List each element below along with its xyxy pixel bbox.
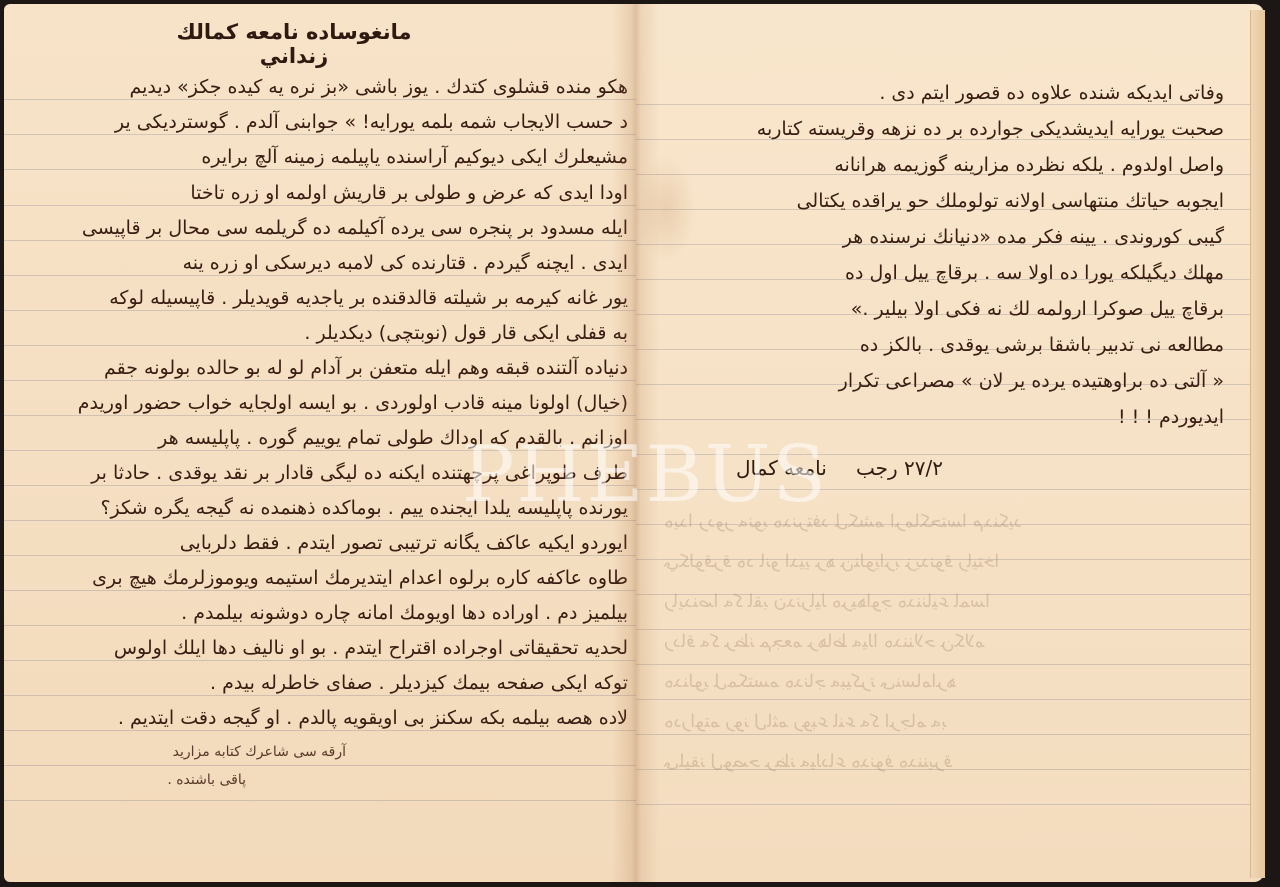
notebook-spread: مانغوسادە نامعه کمالك زنداني هکو منده قش…: [0, 0, 1280, 887]
marginal-note: آرقه سی شاعرك کتابه مزارید: [173, 744, 346, 760]
signature-name: نامعه کمال: [736, 456, 827, 480]
marginal-note: پاقی باشندە .: [167, 772, 246, 788]
manuscript-line: طرف طوپراغی پرچهتنده ایکنه ده لیگی قادار…: [28, 460, 628, 486]
manuscript-line: مشیعلرك ایکی دیوکیم آراسنده یاپیلمه زمین…: [28, 144, 628, 170]
manuscript-line: مهلك دیگیلکه یورا ده اولا سه . برقاچ ییل…: [664, 260, 1224, 286]
manuscript-line: لحدیه تحقیقاتی اوجراده اقتراح ایتدم . بو…: [28, 635, 628, 661]
page-title: مانغوسادە نامعه کمالك زنداني: [154, 20, 434, 68]
manuscript-line: گیبی کوروندی . یینه فکر مده «دنیانك نرسن…: [664, 224, 1224, 250]
manuscript-line: طاوه عاکفه کاره برلوه اعدام ایتدیرمك است…: [28, 565, 628, 591]
signature-date: ۲۷/۲ رجب: [856, 456, 943, 480]
manuscript-line: « آلتی ده براوهتیدە یرده یر لان » مصراعی…: [664, 368, 1224, 394]
manuscript-line: ایدیوردم ! ! !: [664, 404, 1224, 430]
manuscript-line: صحبت یورایه ایدیشدیکی جوارده بر ده نزهه …: [664, 116, 1224, 142]
manuscript-line: ایدی . ایچنه گیردم . قتارنده کی لامبه دی…: [28, 250, 628, 276]
manuscript-line: بیلمیز دم . اورادە دها اویومك امانه چاره…: [28, 600, 628, 626]
manuscript-line: توكه ایکی صفحه بیمك کیزدیلر . صفای خاطرل…: [28, 670, 628, 696]
right-page: ﻩﻳﺪﺍ ﺭﺩﻭﺭ ﻪﻧﻮﺑ ﻩﺪﻧﺮﺘﻓﺩ ﻞﻜﺸﻣ ﺍﺮﻣﺎﻜﺤﺘﺳﺍ ﻡﺪ…: [636, 4, 1264, 882]
manuscript-line: ایوردو ایکیه عاکف یگانه ترتیبی تصور ایتد…: [28, 530, 628, 556]
manuscript-line: د حسب الایجاب شمه بلمه یورایه! » جوابنی …: [28, 109, 628, 135]
manuscript-line: مطالعه نی تدبیر باشقا برشی یوقدی . بالکز…: [664, 332, 1224, 358]
manuscript-line: اودا ایدی که عرض و طولی بر قاریش اولمه ا…: [28, 180, 628, 206]
manuscript-line: به قفلی ایکی قار قول (نوبتچی) دیکدیلر .: [28, 320, 628, 346]
manuscript-line: یور غانه کیرمه بر شیلته قالدقنده بر یاجد…: [28, 285, 628, 311]
manuscript-line: ایجوبه حیاتك منتهاسی اولانه تولوملك حو ی…: [664, 188, 1224, 214]
manuscript-line: لاده هصه بیلمه بکه سکنز بی اویقویه پالدم…: [28, 705, 628, 731]
manuscript-line: هکو منده قشلوی کتدك . یوز باشی «بز نره ی…: [28, 74, 628, 100]
manuscript-line: یورنده پاپلیسه یلدا ایجنده ییم . بوماکده…: [28, 495, 628, 521]
manuscript-line: وفاتی ایدیکه شنده علاوه ده قصور ایتم دی …: [664, 80, 1224, 106]
manuscript-line: اوزانم . بالقدم که اوداك طولی تمام یوییم…: [28, 425, 628, 451]
page-edge: [1250, 10, 1265, 878]
manuscript-line: واصل اولدوم . یلکه نظرده مزارینه گوزیمه …: [664, 152, 1224, 178]
manuscript-line: دنیاده آلتنده قبقه وهم ایله متعفن بر آدا…: [28, 355, 628, 381]
manuscript-line: (خیال) اولونا مینه قادب اولوردی . بو ایس…: [28, 390, 628, 416]
manuscript-line: ایله مسدود بر پنجره سی یردە آکیلمه دە گر…: [28, 215, 628, 241]
left-page: مانغوسادە نامعه کمالك زنداني هکو منده قش…: [4, 4, 636, 882]
manuscript-line: برقاچ ییل صوکرا ارولمه لك نه فکی اولا بی…: [664, 296, 1224, 322]
